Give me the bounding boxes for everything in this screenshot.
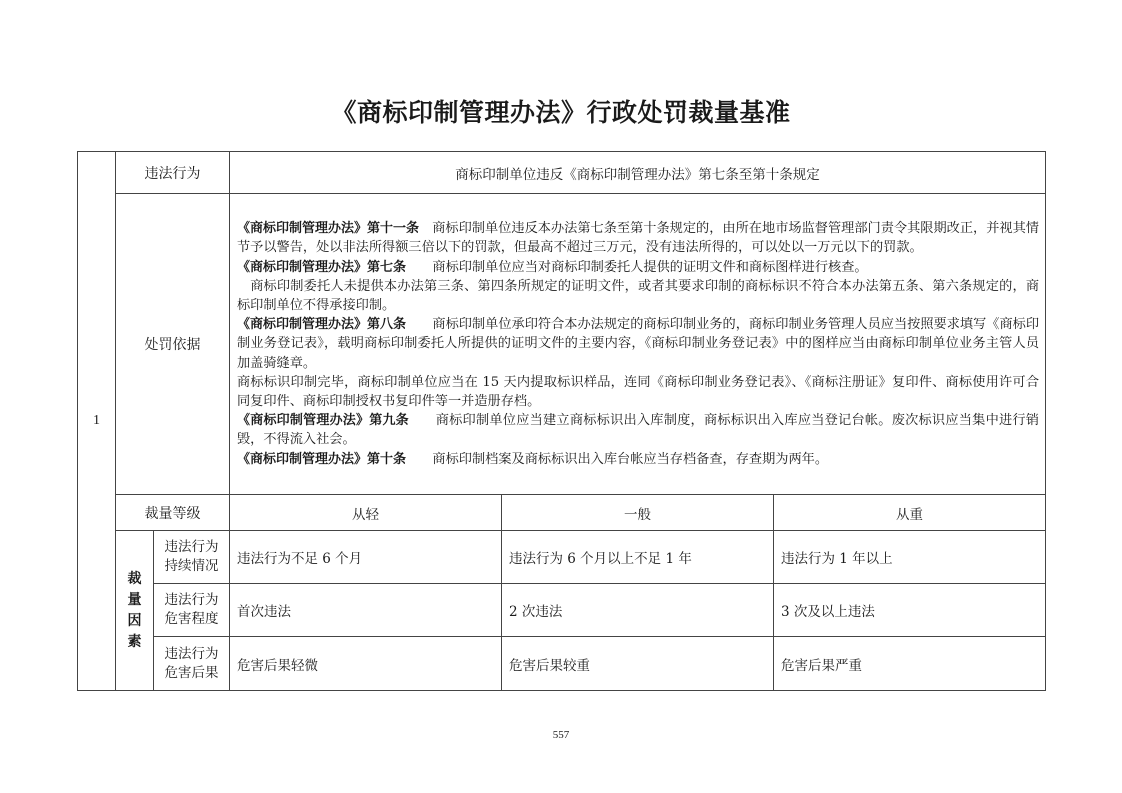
factor-name: 违法行为 危害程度 <box>154 584 230 637</box>
article-ref: 《商标印制管理办法》第十一条 <box>237 221 419 236</box>
grade-header-row: 裁量等级 从轻 一般 从重 <box>78 495 1046 531</box>
violation-row: 1 违法行为 商标印制单位违反《商标印制管理办法》第七条至第十条规定 <box>78 152 1046 194</box>
factor-row: 裁量因素 违法行为 持续情况 违法行为不足 6 个月 违法行为 6 个月以上不足… <box>78 531 1046 584</box>
basis-paragraph: 《商标印制管理办法》第十一条 商标印制单位违反本办法第七条至第十条规定的，由所在… <box>237 219 1039 257</box>
basis-paragraph: 商标印制委托人未提供本办法第三条、第四条所规定的证明文件，或者其要求印制的商标标… <box>237 277 1039 315</box>
factors-label-text: 裁量因素 <box>128 569 142 653</box>
basis-paragraph: 《商标印制管理办法》第七条 商标印制单位应当对商标印制委托人提供的证明文件和商标… <box>237 258 1039 277</box>
factor-name-line: 违法行为 <box>154 538 229 557</box>
article-ref: 《商标印制管理办法》第七条 <box>237 260 406 275</box>
basis-row: 处罚依据 《商标印制管理办法》第十一条 商标印制单位违反本办法第七条至第十条规定… <box>78 194 1046 495</box>
article-text: 商标印制档案及商标标识出入库台帐应当存档备查，存查期为两年。 <box>406 452 828 467</box>
penalty-discretion-table: 1 违法行为 商标印制单位违反《商标印制管理办法》第七条至第十条规定 处罚依据 … <box>77 151 1046 691</box>
factor-value-severe: 违法行为 1 年以上 <box>774 531 1046 584</box>
row-number: 1 <box>78 152 116 691</box>
grade-severe: 从重 <box>774 495 1046 531</box>
article-text: 商标印制委托人未提供本办法第三条、第四条所规定的证明文件，或者其要求印制的商标标… <box>237 279 1039 313</box>
factor-row: 违法行为 危害后果 危害后果轻微 危害后果较重 危害后果严重 <box>78 637 1046 691</box>
factor-value-lenient: 违法行为不足 6 个月 <box>230 531 502 584</box>
basis-content: 《商标印制管理办法》第十一条 商标印制单位违反本办法第七条至第十条规定的，由所在… <box>230 194 1046 495</box>
grade-label: 裁量等级 <box>116 495 230 531</box>
basis-paragraph: 《商标印制管理办法》第九条 商标印制单位应当建立商标标识出入库制度，商标标识出入… <box>237 411 1039 449</box>
grade-lenient: 从轻 <box>230 495 502 531</box>
factor-value-lenient: 危害后果轻微 <box>230 637 502 691</box>
factor-name-line: 持续情况 <box>154 557 229 576</box>
factor-name: 违法行为 危害后果 <box>154 637 230 691</box>
factor-value-normal: 2 次违法 <box>502 584 774 637</box>
factor-name-line: 危害程度 <box>154 610 229 629</box>
factor-value-lenient: 首次违法 <box>230 584 502 637</box>
article-text: 商标印制单位应当对商标印制委托人提供的证明文件和商标图样进行核查。 <box>406 260 868 275</box>
document-title: 《商标印制管理办法》行政处罚裁量基准 <box>0 93 1122 129</box>
factor-value-severe: 3 次及以上违法 <box>774 584 1046 637</box>
article-text: 商标标识印制完毕，商标印制单位应当在 15 天内提取标识样品，连同《商标印制业务… <box>237 375 1039 409</box>
grade-normal: 一般 <box>502 495 774 531</box>
basis-paragraph: 商标标识印制完毕，商标印制单位应当在 15 天内提取标识样品，连同《商标印制业务… <box>237 373 1039 411</box>
factor-value-normal: 危害后果较重 <box>502 637 774 691</box>
page-number: 557 <box>0 729 1122 741</box>
article-ref: 《商标印制管理办法》第九条 <box>237 413 409 428</box>
basis-paragraph: 《商标印制管理办法》第八条 商标印制单位承印符合本办法规定的商标印制业务的，商标… <box>237 315 1039 373</box>
violation-value: 商标印制单位违反《商标印制管理办法》第七条至第十条规定 <box>230 152 1046 194</box>
factor-value-normal: 违法行为 6 个月以上不足 1 年 <box>502 531 774 584</box>
violation-label: 违法行为 <box>116 152 230 194</box>
basis-label: 处罚依据 <box>116 194 230 495</box>
basis-paragraph: 《商标印制管理办法》第十条 商标印制档案及商标标识出入库台帐应当存档备查，存查期… <box>237 450 1039 469</box>
factor-name-line: 违法行为 <box>154 645 229 664</box>
factor-name-line: 危害后果 <box>154 664 229 683</box>
factor-name: 违法行为 持续情况 <box>154 531 230 584</box>
factors-label: 裁量因素 <box>116 531 154 691</box>
factor-value-severe: 危害后果严重 <box>774 637 1046 691</box>
article-ref: 《商标印制管理办法》第八条 <box>237 317 406 332</box>
factor-row: 违法行为 危害程度 首次违法 2 次违法 3 次及以上违法 <box>78 584 1046 637</box>
factor-name-line: 违法行为 <box>154 591 229 610</box>
article-ref: 《商标印制管理办法》第十条 <box>237 452 406 467</box>
